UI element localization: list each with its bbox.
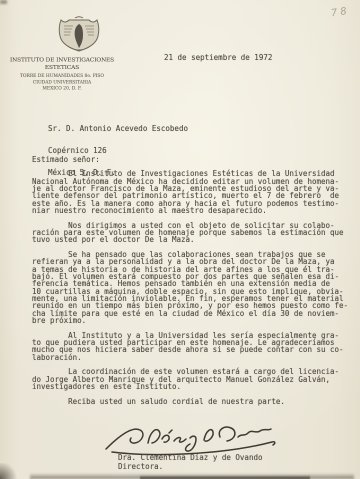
recipient-street: Copérnico 126	[48, 147, 188, 154]
scanned-letter: 78 INSTITUTO DE INVESTIGACIONES ESTETICA…	[0, 0, 360, 479]
body-line: bre próximo.	[32, 317, 354, 324]
scan-shadow-bottom-dark	[140, 475, 310, 479]
letterhead-address: TORRE DE HUMANIDADES 8o. PISO CIUDAD UNI…	[0, 73, 125, 92]
body-line: tuvo usted por el doctor De la Maza.	[32, 236, 354, 243]
letterhead-address-line2: CIUDAD UNIVERSITARIA	[0, 79, 125, 85]
body-line: Estimado señor:	[32, 156, 354, 163]
signer-title: Directora.	[118, 463, 163, 470]
scan-shadow-bottom	[30, 473, 354, 479]
scan-shadow-corner	[0, 463, 18, 479]
signer-name: Dra. Clementina Díaz y de Ovando	[118, 454, 263, 461]
recipient-name: Sr. D. Antonio Acevedo Escobedo	[48, 125, 188, 132]
scan-speck-top-left	[0, 0, 7, 4]
institute-name-line2: ESTETICAS	[0, 64, 124, 72]
unam-crest-logo	[57, 16, 101, 54]
letterhead-address-line1: TORRE DE HUMANIDADES 8o. PISO	[0, 73, 125, 79]
institute-name-line1: INSTITUTO DE INVESTIGACIONES	[0, 56, 124, 64]
body-line: Reciba usted un saludo cordial de nuestr…	[32, 398, 354, 405]
body-line: investigadores en este Instituto.	[32, 383, 354, 390]
letter-page: 78 INSTITUTO DE INVESTIGACIONES ESTETICA…	[0, 0, 360, 479]
body-line: laboración.	[32, 354, 354, 361]
letterhead-institute: INSTITUTO DE INVESTIGACIONES ESTETICAS	[0, 56, 124, 71]
letter-date: 21 de septiembre de 1972	[164, 54, 272, 61]
letterhead-address-line3: MEXICO 20, D. F.	[0, 85, 125, 91]
pencil-page-number: 78	[330, 6, 350, 20]
body-line: niar nuestro reconocimiento al maestro d…	[32, 207, 354, 214]
letter-body: Estimado señor: El Instituto de Investig…	[32, 156, 354, 406]
